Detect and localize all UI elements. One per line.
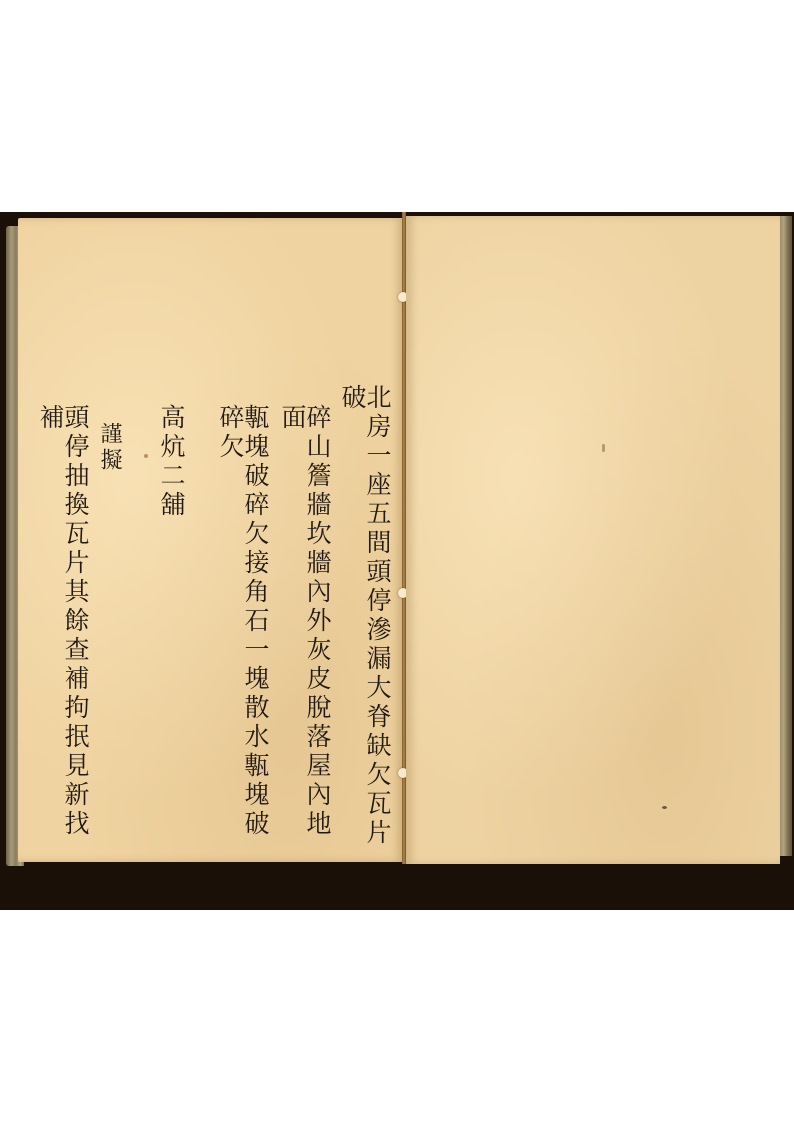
text-column-6: 頭停抽換瓦片其餘查補拘抿見新找補 (38, 404, 88, 862)
text-column-5-closing: 謹擬 (98, 422, 120, 474)
paper-mark (602, 444, 605, 452)
book-scan: 北房一座五間頭停滲漏大脊缺欠瓦片破 碎山簷牆坎牆內外灰皮脫落屋內地面 甎塊破碎欠… (0, 212, 794, 910)
text-column-1: 北房一座五間頭停滲漏大脊缺欠瓦片破 (340, 384, 390, 862)
right-page-blank (406, 216, 780, 864)
text-column-4: 高炕二舖 (159, 404, 184, 520)
paper-spot (144, 454, 148, 458)
text-column-3: 甎塊破碎欠接角石一塊散水甎塊破碎欠 (218, 404, 268, 862)
text-column-2: 碎山簷牆坎牆內外灰皮脫落屋內地面 (280, 404, 330, 862)
paper-spot (662, 806, 667, 809)
right-page-stack-edge (778, 216, 792, 856)
left-page: 北房一座五間頭停滲漏大脊缺欠瓦片破 碎山簷牆坎牆內外灰皮脫落屋內地面 甎塊破碎欠… (18, 218, 404, 862)
